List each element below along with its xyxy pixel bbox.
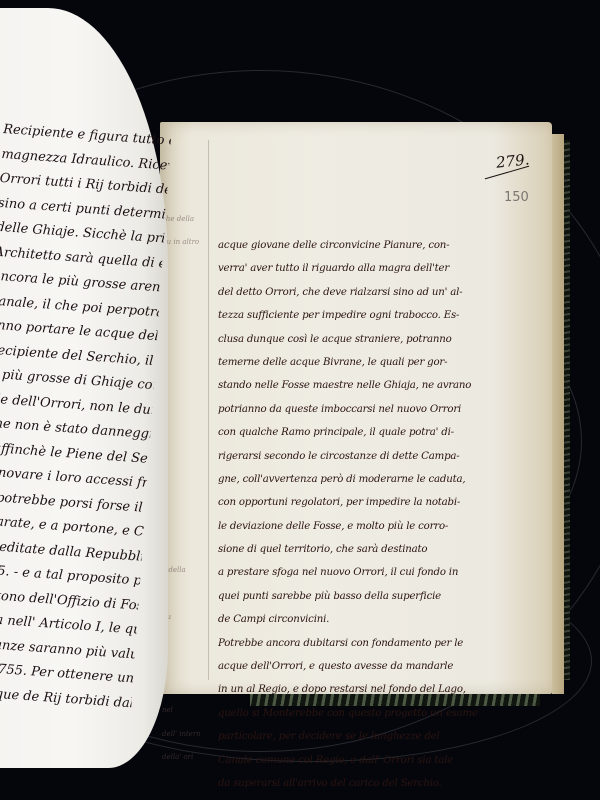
text-line: clusa dunque così le acque straniere, po… [218,328,538,351]
bleed-line [162,535,220,558]
text-line: de Campi circonvicini. [218,608,538,631]
text-line: potrianno da queste imboccarsi nel nuovo… [218,398,538,421]
bleed-line: dell' intern [162,723,220,746]
text-line: le deviazione delle Fosse, e molto più l… [218,515,538,538]
bleed-line [162,325,220,348]
bleed-line [162,512,220,535]
text-line: quei punti sarebbe più basso della super… [218,585,538,608]
text-line: acque dell'Orrori, e questo avesse da ma… [218,655,538,678]
text-line: gne, coll'avvertenza però di moderarne l… [218,468,538,491]
text-line: sione di quel territorio, che sarà desti… [218,538,538,561]
bleed-line: della' ori [162,746,220,769]
bleed-line [162,582,220,605]
text-line: acque giovane delle circonvicine Pianure… [218,234,538,257]
bleed-line [162,652,220,675]
right-page: 279. 150 che della Lu in altro e della L… [160,122,552,694]
margin-bleed-through: che della Lu in altro e della Lu nel del… [162,208,220,769]
text-line: particolare, per decidere se le lunghezz… [218,725,538,748]
bleed-line [162,395,220,418]
left-page: Recipiente e figura tutto e magnezza Idr… [0,8,168,768]
bleed-line [162,465,220,488]
text-line: da superarsi all'arrivo del carico del S… [218,772,538,795]
bleed-line: e della [162,559,220,582]
left-page-text: Recipiente e figura tutto e magnezza Idr… [0,118,172,716]
page-number: 279. [495,150,530,171]
text-line: quello si Monterebbe con questo progetto… [218,702,538,725]
bleed-line [162,489,220,512]
text-line: a prestare sfoga nel nuovo Orrori, il cu… [218,561,538,584]
bleed-line [162,419,220,442]
text-line: con qualche Ramo principale, il quale po… [218,421,538,444]
right-page-text: acque giovane delle circonvicine Pianure… [218,234,538,795]
bleed-line [162,278,220,301]
text-line: Canale comune col Regio, e dall' Orrori … [218,749,538,772]
manuscript-photo: 279. 150 che della Lu in altro e della L… [0,0,600,800]
text-line: stando nelle Fosse maestre nelle Ghiaja,… [218,374,538,397]
bleed-line [162,255,220,278]
text-line: rigerarsi secondo le circostanze di dett… [218,445,538,468]
text-line: in un al Regio, e dopo restarsi nel fond… [218,678,538,701]
bleed-line [162,629,220,652]
folio-number: 150 [504,190,529,205]
text-line: temerne delle acque Bivrane, le quali pe… [218,351,538,374]
page-stack-edge [552,134,564,694]
bleed-line [162,676,220,699]
bleed-line: che della [162,208,220,231]
text-line: Potrebbe ancora dubitarsi con fondamento… [218,632,538,655]
text-line: verra' aver tutto il riguardo alla magra… [218,257,538,280]
bleed-line: Lu in altro [162,231,220,254]
bleed-line [162,372,220,395]
bleed-line [162,302,220,325]
bleed-line [162,442,220,465]
bleed-line: Lu [162,606,220,629]
text-line: del detto Orrori, che deve rialzarsi sin… [218,281,538,304]
bleed-line [162,348,220,371]
bleed-line: nel [162,699,220,722]
text-line: tezza sufficiente per impedire ogni trab… [218,304,538,327]
text-line: con opportuni regolatori, per impedire l… [218,491,538,514]
